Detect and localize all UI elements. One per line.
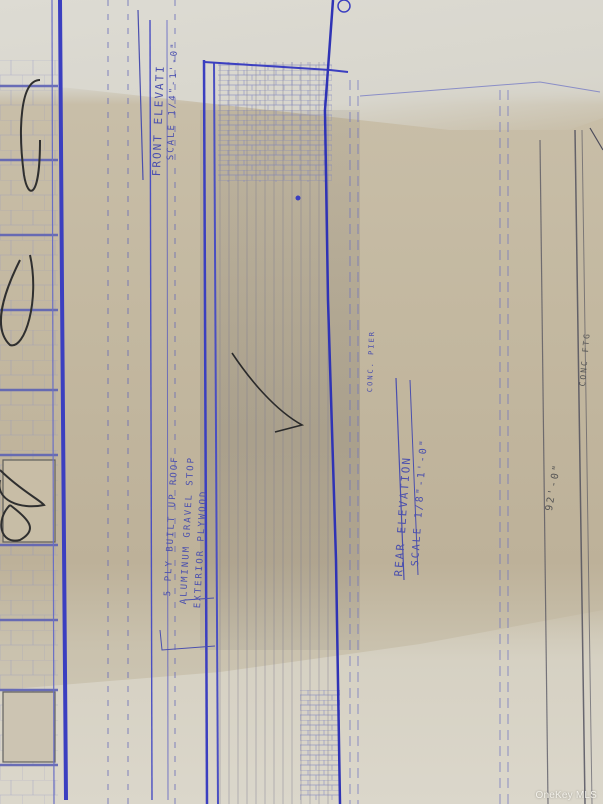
left-facade [0, 60, 58, 804]
onekey-mls-watermark: OneKey MLS [536, 790, 597, 801]
blueprint-linework [0, 0, 603, 804]
rear-elevation-wall [204, 0, 348, 804]
blueprint-photo: FRONT ELEVATI SCALE 1/4"-1'-0" 5 PLY BUI… [0, 0, 603, 804]
